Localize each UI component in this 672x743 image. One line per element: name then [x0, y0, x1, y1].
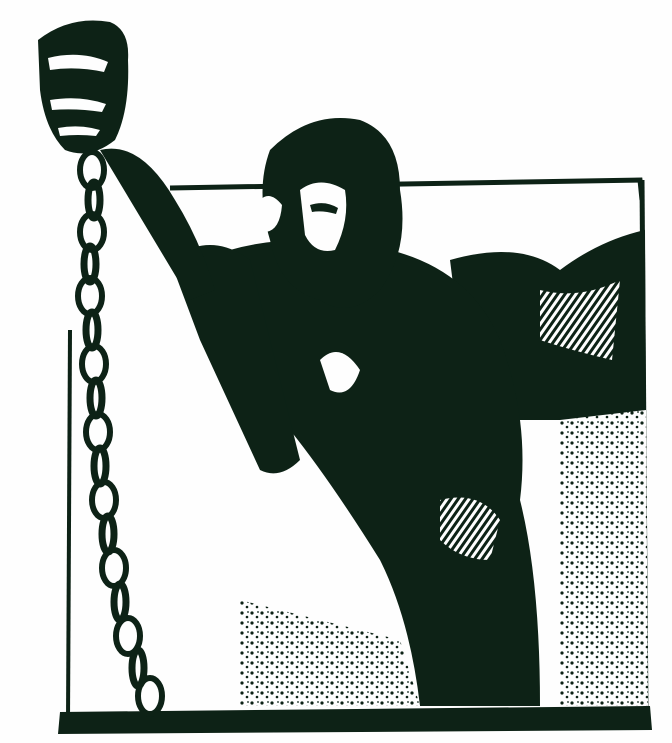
- illustration-canvas: [0, 0, 672, 743]
- chain: [78, 152, 162, 714]
- raised-fist: [38, 20, 128, 153]
- woodcut-illustration: [0, 0, 672, 743]
- raised-arm: [100, 149, 215, 300]
